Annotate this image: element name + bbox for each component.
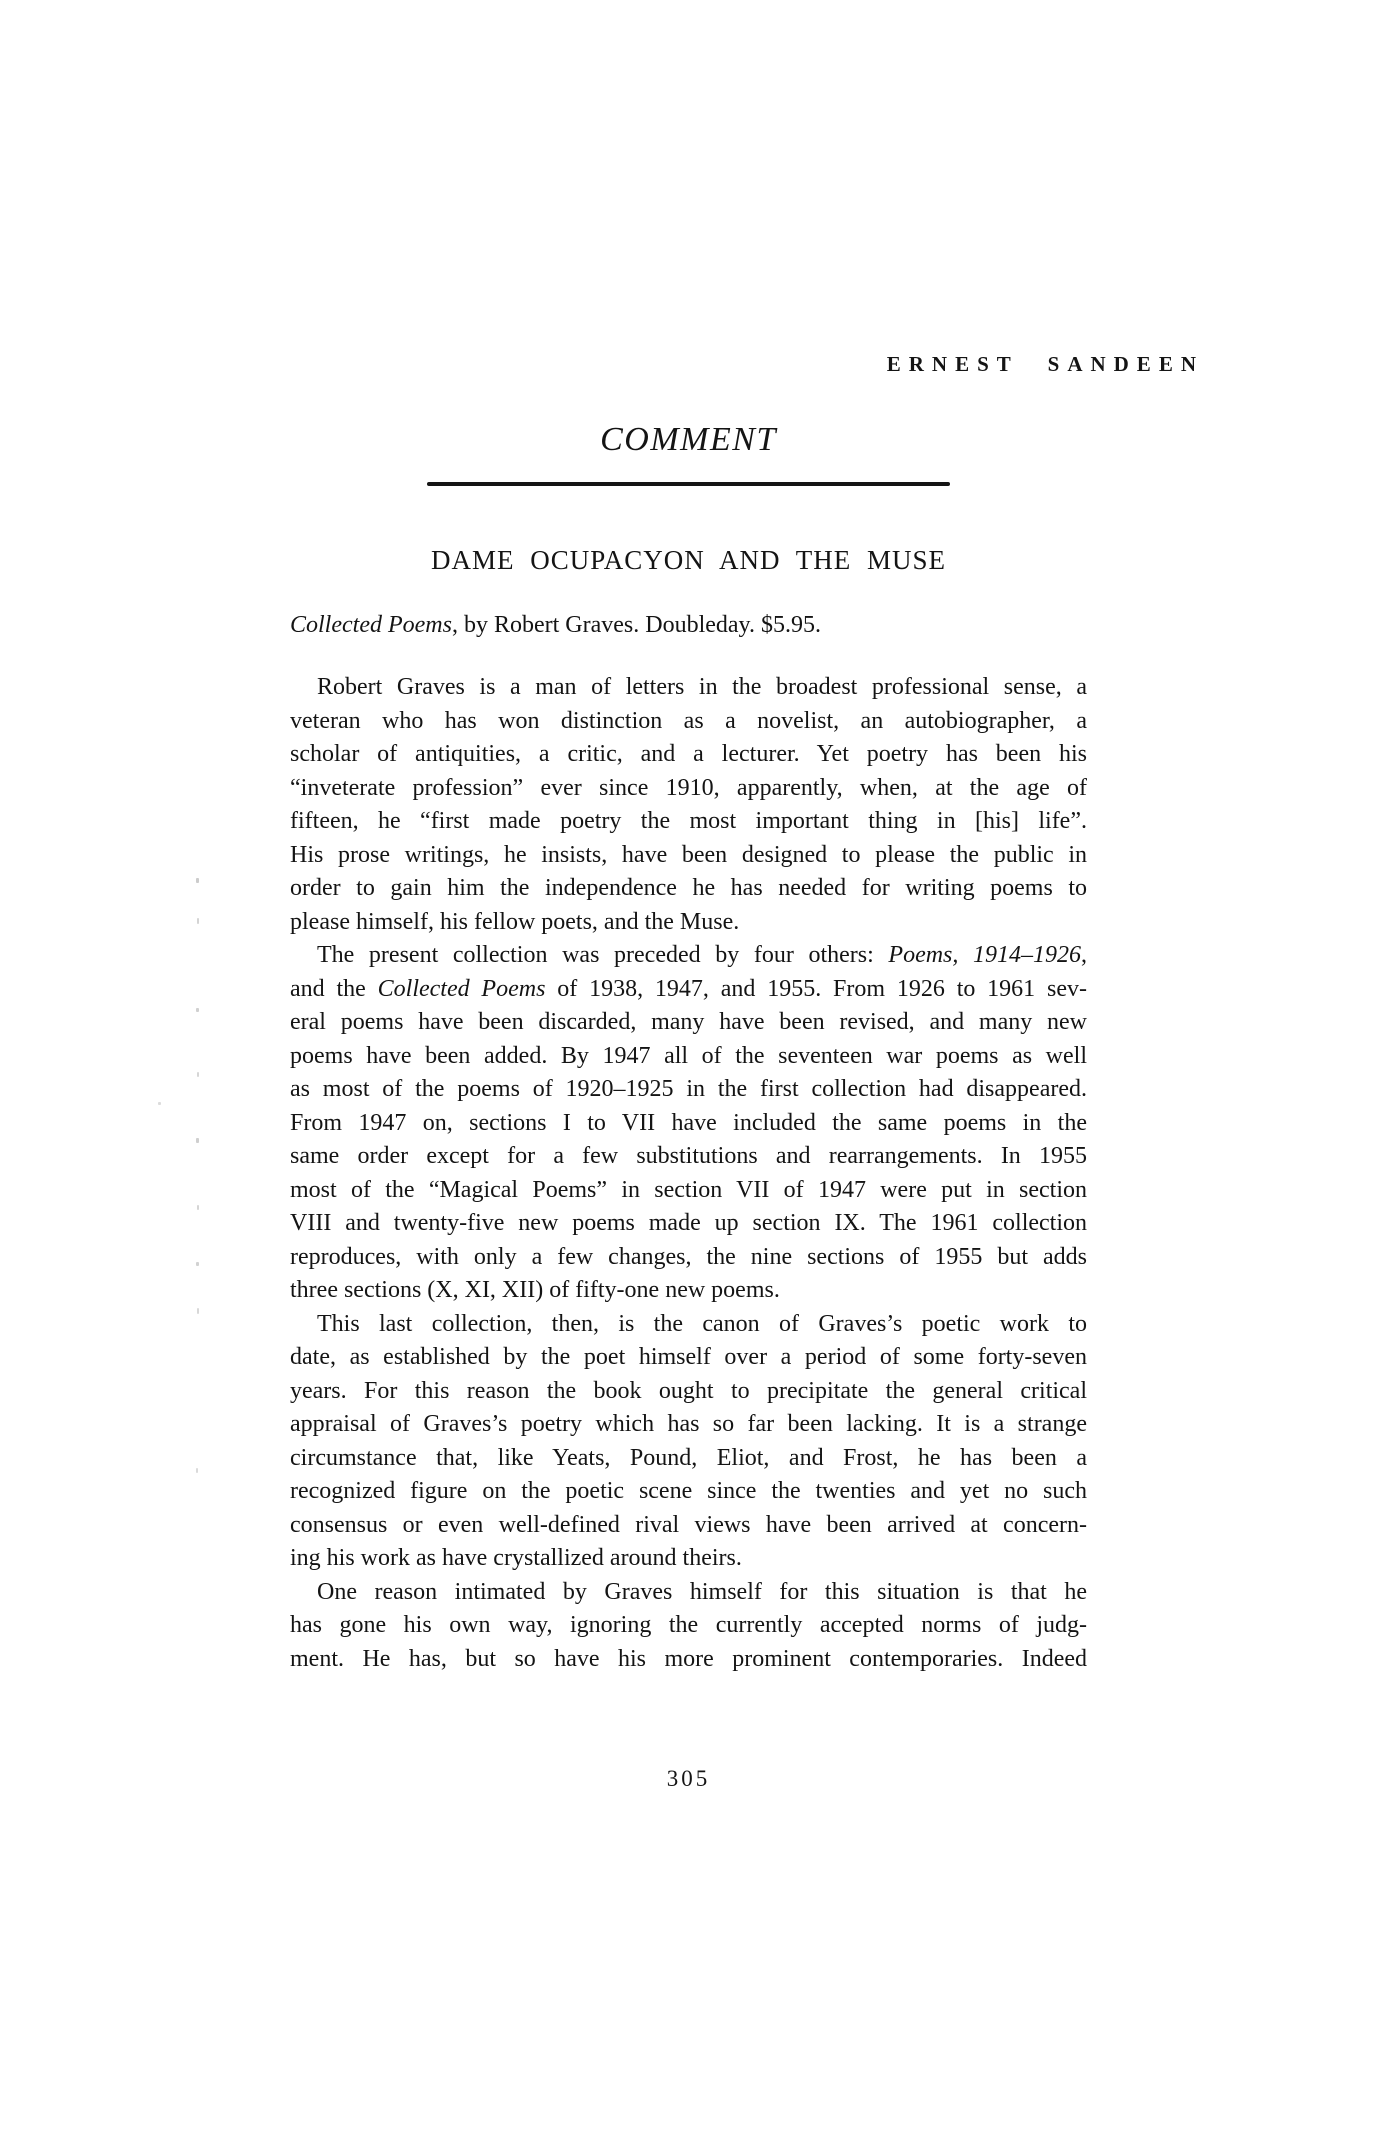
text-line: and the Collected Poems of 1938, 1947, a… (290, 973, 1087, 1007)
scan-artifact (197, 1308, 199, 1314)
text-line: has gone his own way, ignoring the curre… (290, 1609, 1087, 1643)
text-line: The present collection was preceded by f… (290, 939, 1087, 973)
scan-artifact (196, 1262, 199, 1266)
text-line: years. For this reason the book ought to… (290, 1375, 1087, 1409)
scanned-page: ERNEST SANDEEN COMMENT DAME OCUPACYON AN… (0, 0, 1400, 2154)
text-line: most of the “Magical Poems” in section V… (290, 1174, 1087, 1208)
section-title: COMMENT (290, 420, 1087, 460)
article-body: Robert Graves is a man of letters in the… (290, 671, 1087, 1676)
text-line: His prose writings, he insists, have bee… (290, 839, 1087, 873)
text-line: veteran who has won distinction as a nov… (290, 705, 1087, 739)
text-line: eral poems have been discarded, many hav… (290, 1006, 1087, 1040)
text-line: VIII and twenty-five new poems made up s… (290, 1207, 1087, 1241)
text-line: consensus or even well-defined rival vie… (290, 1509, 1087, 1543)
text-line: poems have been added. By 1947 all of th… (290, 1040, 1087, 1074)
author-byline: ERNEST SANDEEN (887, 352, 1204, 377)
title-rule (427, 482, 950, 486)
paragraph: This last collection, then, is the canon… (290, 1308, 1087, 1576)
text-line: ment. He has, but so have his more promi… (290, 1643, 1087, 1677)
text-line: scholar of antiquities, a critic, and a … (290, 738, 1087, 772)
text-line: circumstance that, like Yeats, Pound, El… (290, 1442, 1087, 1476)
scan-artifact (197, 918, 199, 924)
scan-artifact (196, 1468, 198, 1473)
text-line: order to gain him the independence he ha… (290, 872, 1087, 906)
scan-artifact (196, 1008, 199, 1012)
text-line: “inveterate profession” ever since 1910,… (290, 772, 1087, 806)
page-number: 305 (290, 1766, 1087, 1792)
scan-artifact (158, 1102, 161, 1105)
paragraph: The present collection was preceded by f… (290, 939, 1087, 1308)
text-line: as most of the poems of 1920–1925 in the… (290, 1073, 1087, 1107)
text-line: appraisal of Graves’s poetry which has s… (290, 1408, 1087, 1442)
scan-artifact (196, 1138, 199, 1143)
text-line: This last collection, then, is the canon… (290, 1308, 1087, 1342)
text-line: recognized figure on the poetic scene si… (290, 1475, 1087, 1509)
paragraph: One reason intimated by Graves himself f… (290, 1576, 1087, 1677)
text-line: same order except for a few substitution… (290, 1140, 1087, 1174)
text-line: fifteen, he “first made poetry the most … (290, 805, 1087, 839)
article-title: DAME OCUPACYON AND THE MUSE (290, 545, 1087, 576)
text-line: three sections (X, XI, XII) of fifty-one… (290, 1274, 1087, 1308)
scan-artifact (197, 1072, 199, 1077)
paragraph: Robert Graves is a man of letters in the… (290, 671, 1087, 939)
scan-artifact (196, 878, 199, 883)
text-line: please himself, his fellow poets, and th… (290, 906, 1087, 940)
text-line: date, as established by the poet himself… (290, 1341, 1087, 1375)
text-line: Robert Graves is a man of letters in the… (290, 671, 1087, 705)
text-line: reproduces, with only a few changes, the… (290, 1241, 1087, 1275)
text-line: ing his work as have crystallized around… (290, 1542, 1087, 1576)
book-citation: Collected Poems, by Robert Graves. Doubl… (290, 612, 1087, 639)
text-line: From 1947 on, sections I to VII have inc… (290, 1107, 1087, 1141)
text-line: One reason intimated by Graves himself f… (290, 1576, 1087, 1610)
scan-artifact (197, 1205, 199, 1210)
